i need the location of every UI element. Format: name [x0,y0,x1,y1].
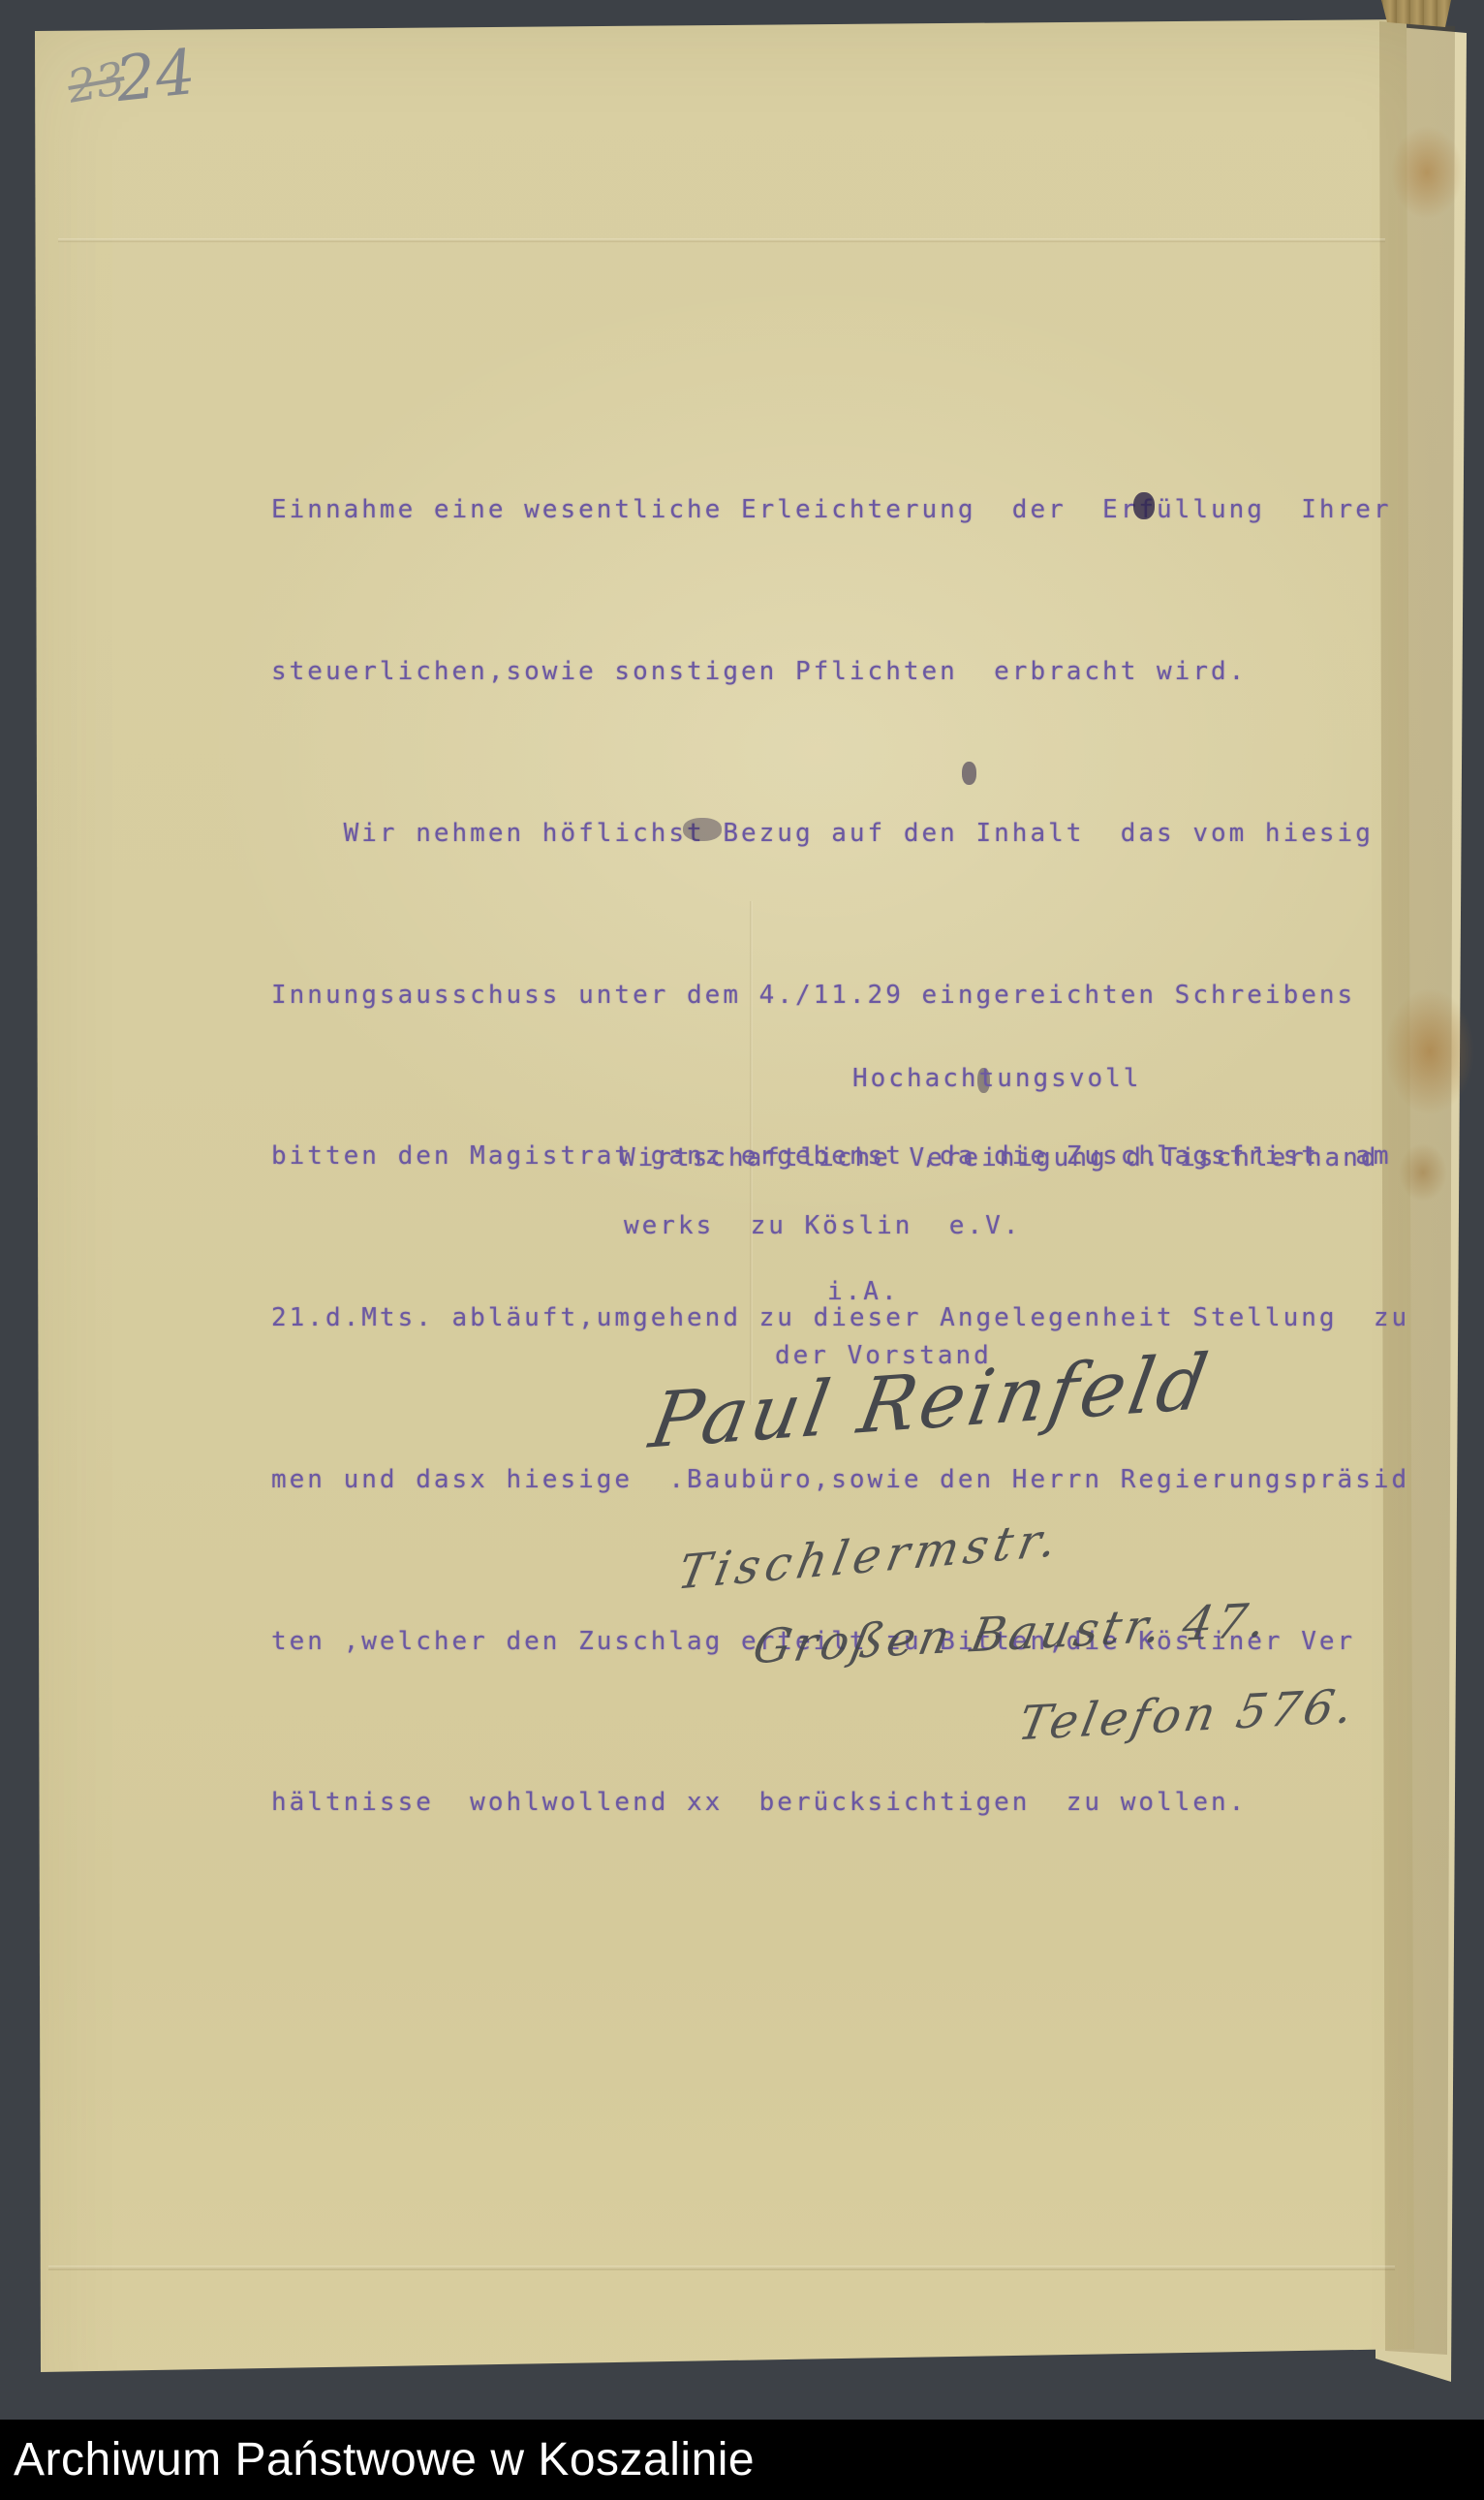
typed-line: Einnahme eine wesentliche Erleichterung … [271,484,1405,538]
typed-line: steuerlichen,sowie sonstigen Pflichten e… [271,645,1405,700]
typed-line: men und dasx hiesige .Baubüro,sowie den … [271,1453,1405,1508]
organization-name-line-2: werks zu Köslin e.V. [624,1211,1021,1240]
scanned-document-photo: 23 24 Einnahme eine wesentliche Erleicht… [0,0,1484,2500]
typed-line: hältnisse wohlwollend xx berücksichtigen… [271,1776,1405,1830]
typed-line: Wir nehmen höflichst Bezug auf den Inhal… [271,807,1405,861]
organization-name-line-1: Wirtschaftliche Vereinigung d.Tischlerha… [620,1143,1407,1172]
typed-line: Innungsausschuss unter dem 4./11.29 eing… [271,969,1405,1023]
page-number: 24 [112,37,199,116]
closing-salutation: Hochachtungsvoll [852,1064,1141,1093]
per-procura-abbreviation: i.A. [827,1277,900,1306]
archive-watermark-text: Archiwum Państwowe w Koszalinie [14,2433,755,2486]
archive-watermark-bar: Archiwum Państwowe w Koszalinie [0,2420,1484,2500]
